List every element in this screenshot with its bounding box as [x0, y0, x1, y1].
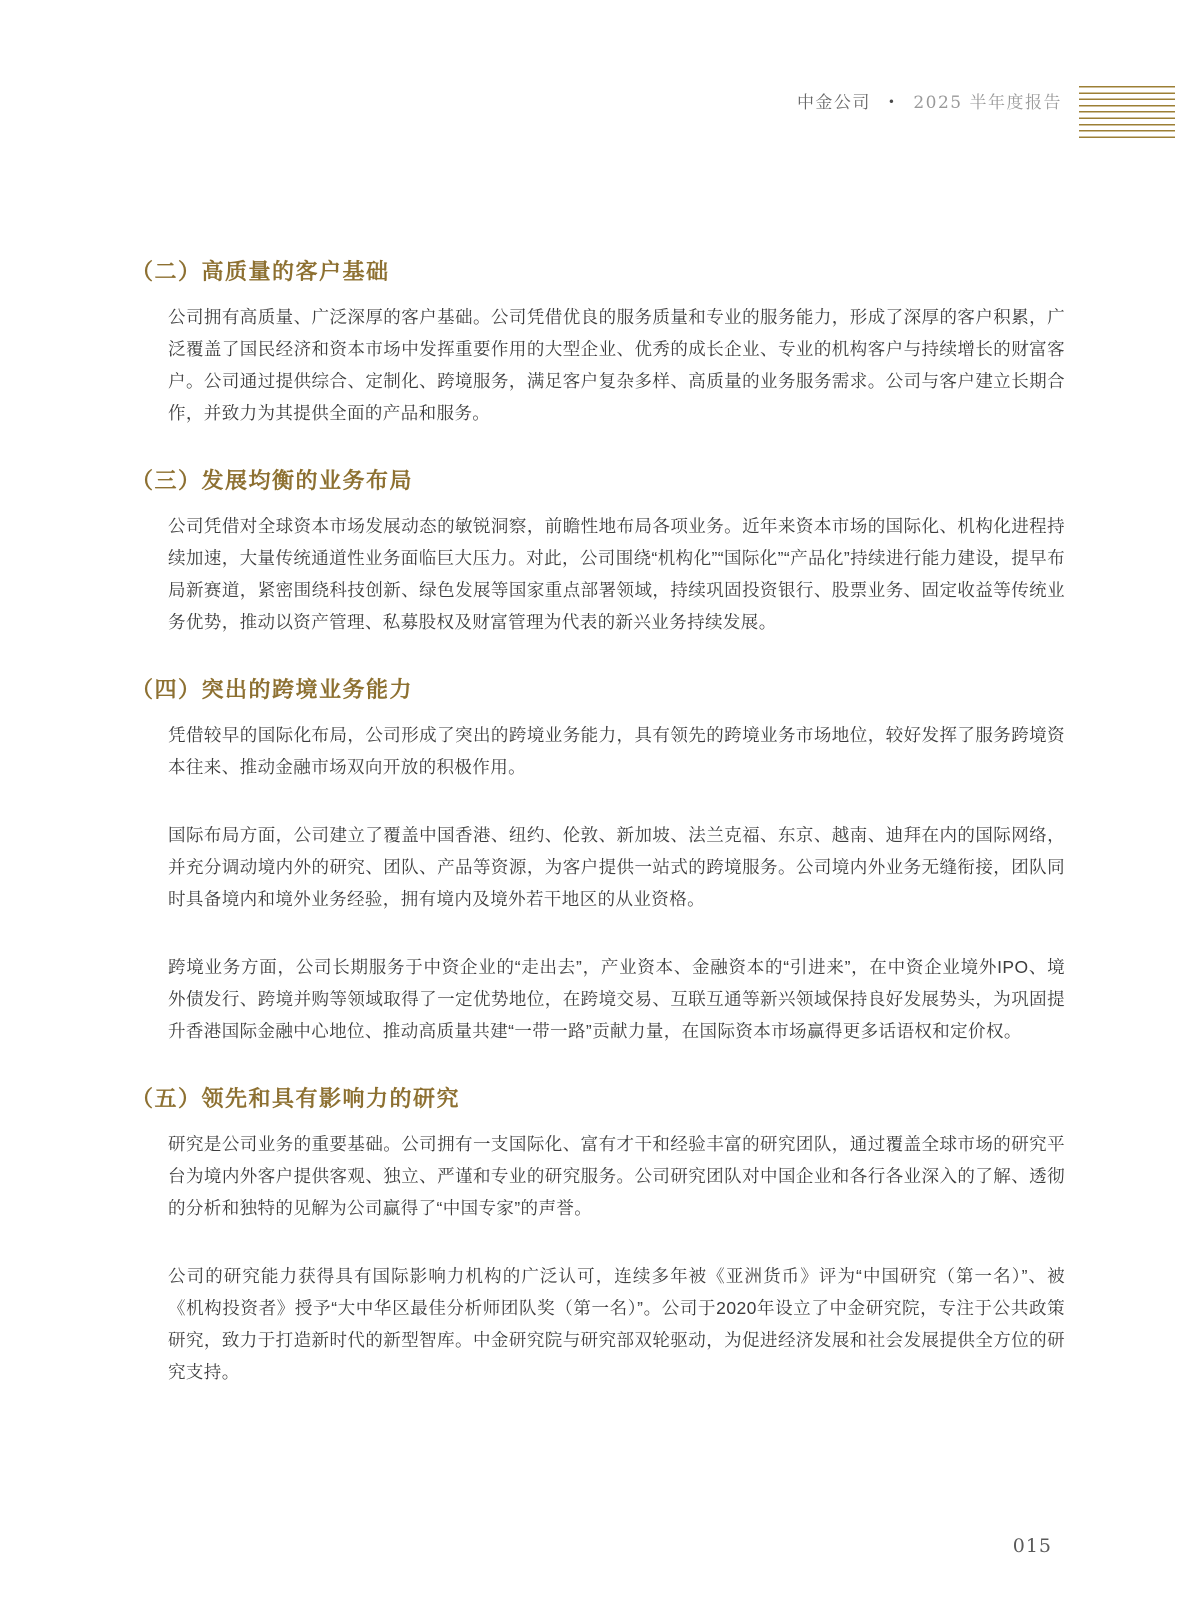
section-heading: （二）高质量的客户基础	[131, 256, 1065, 287]
document-body: （二）高质量的客户基础 公司拥有高质量、广泛深厚的客户基础。公司凭借优良的服务质…	[131, 256, 1065, 1388]
paragraph: 凭借较早的国际化布局，公司形成了突出的跨境业务能力，具有领先的跨境业务市场地位，…	[131, 719, 1065, 783]
page-number: 015	[1013, 1535, 1052, 1557]
paragraph: 跨境业务方面，公司长期服务于中资企业的“走出去”，产业资本、金融资本的“引进来”…	[131, 951, 1065, 1047]
section-customer-base: （二）高质量的客户基础 公司拥有高质量、广泛深厚的客户基础。公司凭借优良的服务质…	[131, 256, 1065, 429]
paragraph: 研究是公司业务的重要基础。公司拥有一支国际化、富有才干和经验丰富的研究团队，通过…	[131, 1128, 1065, 1224]
paragraph: 国际布局方面，公司建立了覆盖中国香港、纽约、伦敦、新加坡、法兰克福、东京、越南、…	[131, 819, 1065, 915]
paragraph: 公司拥有高质量、广泛深厚的客户基础。公司凭借优良的服务质量和专业的服务能力，形成…	[131, 301, 1065, 429]
section-heading: （三）发展均衡的业务布局	[131, 465, 1065, 496]
paragraph: 公司凭借对全球资本市场发展动态的敏锐洞察，前瞻性地布局各项业务。近年来资本市场的…	[131, 510, 1065, 638]
header-company-name: 中金公司	[797, 93, 871, 113]
page-header: 中金公司 • 2025 半年度报告	[797, 88, 1062, 113]
header-bullet-separator: •	[888, 95, 897, 109]
section-heading: （四）突出的跨境业务能力	[131, 674, 1065, 705]
section-cross-border: （四）突出的跨境业务能力 凭借较早的国际化布局，公司形成了突出的跨境业务能力，具…	[131, 674, 1065, 1047]
header-report-title: 2025 半年度报告	[913, 93, 1062, 113]
section-research: （五）领先和具有影响力的研究 研究是公司业务的重要基础。公司拥有一支国际化、富有…	[131, 1083, 1065, 1388]
section-balanced-business: （三）发展均衡的业务布局 公司凭借对全球资本市场发展动态的敏锐洞察，前瞻性地布局…	[131, 465, 1065, 638]
paragraph: 公司的研究能力获得具有国际影响力机构的广泛认可，连续多年被《亚洲货币》评为“中国…	[131, 1260, 1065, 1388]
section-heading: （五）领先和具有影响力的研究	[131, 1083, 1065, 1114]
gold-stripes-decoration-icon	[1079, 86, 1175, 138]
